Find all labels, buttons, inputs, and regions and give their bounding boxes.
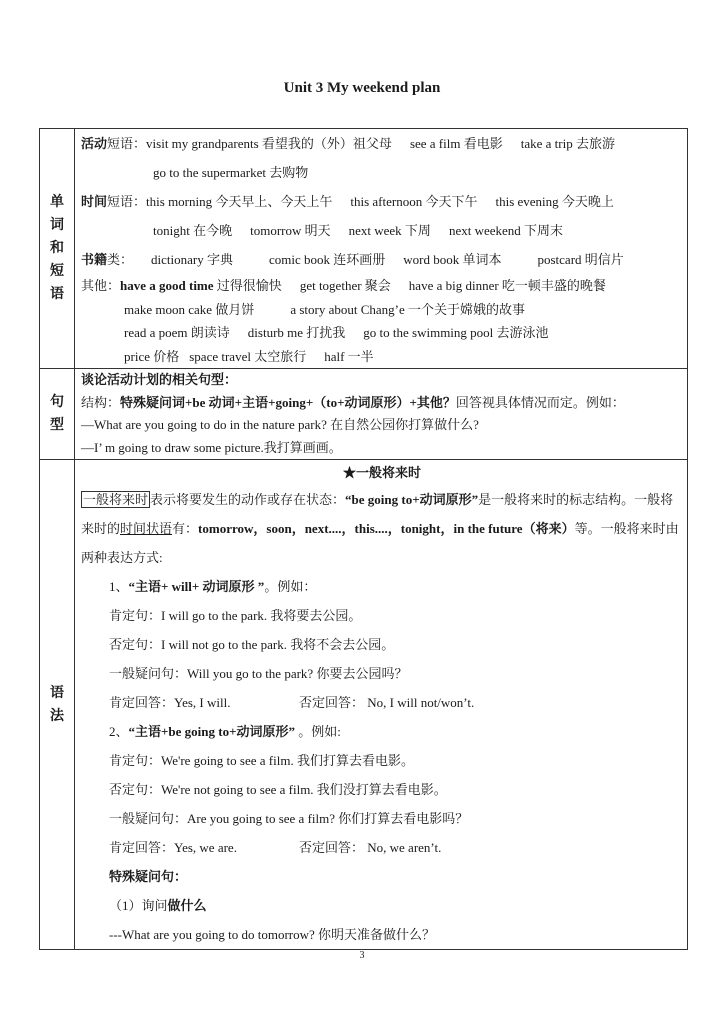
label-char: 句 — [40, 391, 74, 414]
time-adverbials: tomorrow，soon，next....，this....，tonight，… — [198, 521, 575, 536]
sub1-topic: 做什么 — [168, 898, 207, 913]
label-char: 短 — [40, 260, 74, 283]
page-number: 3 — [0, 950, 724, 961]
form-note: 。例如： — [264, 579, 316, 594]
time-line-2: tonight 在今晚tomorrow 明天next week 下周next w… — [81, 216, 683, 245]
phrase: next weekend 下周末 — [449, 223, 563, 238]
phrase: see a film 看电影 — [410, 136, 503, 151]
phrase: go to the swimming pool 去游泳池 — [363, 325, 548, 340]
phrase: postcard 明信片 — [537, 252, 623, 267]
form1-positive: 肯定句：I will go to the park. 我将要去公园。 — [81, 601, 683, 630]
phrase: this evening 今天晚上 — [495, 194, 613, 209]
label-char: 法 — [40, 705, 74, 728]
activity-prefix-rest: 短语： — [107, 136, 146, 151]
form1-question: 一般疑问句：Will you go to the park? 你要去公园吗？ — [81, 659, 683, 688]
label-char: 单 — [40, 191, 74, 214]
phrase: tonight 在今晚 — [153, 223, 232, 238]
others-prefix: 其他： — [81, 278, 120, 293]
books-line: 书籍类：dictionary 字典comic book 连环画册word boo… — [81, 245, 683, 274]
form-number: 2、 — [109, 724, 129, 739]
vocab-label: 单 词 和 短 语 — [40, 129, 75, 369]
no-answer: 否定回答： No, I will not/won’t. — [299, 695, 474, 710]
example-question: —What are you going to do in the nature … — [81, 414, 683, 437]
phrase: space travel 太空旅行 — [189, 349, 306, 364]
grammar-content: ★一般将来时 一般将来时表示将要发生的动作或存在状态：“be going to+… — [75, 460, 688, 950]
form1-heading: 1、“主语+ will+ 动词原形 ”。例如： — [81, 572, 683, 601]
label-char: 语 — [40, 283, 74, 306]
structure-line: 结构：特殊疑问词+be 动词+主语+going+（to+动词原形）+其他？回答视… — [81, 392, 683, 415]
label-char: 语 — [40, 682, 74, 705]
time-line: 时间短语：this morning 今天早上、今天上午this afternoo… — [81, 187, 683, 216]
phrase: comic book 连环画册 — [269, 252, 385, 267]
activity-line: 活动短语：visit my grandparents 看望我的（外）祖父母see… — [81, 129, 683, 158]
structure-note: 回答视具体情况而定。例如： — [456, 395, 625, 410]
underlined-term: 时间状语 — [120, 521, 172, 536]
sub1-prefix: （1）询问 — [109, 898, 168, 913]
phrase: read a poem 朗读诗 — [124, 325, 230, 340]
sentence-row: 句 型 谈论活动计划的相关句型： 结构：特殊疑问词+be 动词+主语+going… — [40, 369, 688, 460]
books-prefix-rest: 类： — [107, 252, 133, 267]
sentence-label: 句 型 — [40, 369, 75, 460]
grammar-heading: ★一般将来时 — [81, 460, 683, 485]
books-prefix: 书籍 — [81, 252, 107, 267]
others-line-2: make moon cake 做月饼a story about Chang’e … — [81, 298, 683, 322]
label-char: 词 — [40, 214, 74, 237]
form1-answers: 肯定回答：Yes, I will.否定回答： No, I will not/wo… — [81, 688, 683, 717]
phrase: take a trip 去旅游 — [521, 136, 615, 151]
sentence-heading: 谈论活动计划的相关句型： — [81, 369, 683, 392]
time-prefix: 时间 — [81, 194, 107, 209]
phrase: price 价格 — [124, 349, 179, 364]
grammar-row: 语 法 ★一般将来时 一般将来时表示将要发生的动作或存在状态：“be going… — [40, 460, 688, 950]
form2-answers: 肯定回答：Yes, we are.否定回答： No, we aren’t. — [81, 833, 683, 862]
sub1-heading: （1）询问做什么 — [81, 891, 683, 920]
phrase: make moon cake 做月饼 — [124, 302, 254, 317]
special-question-heading: 特殊疑问句： — [81, 862, 683, 891]
phrase: tomorrow 明天 — [250, 223, 331, 238]
phrase-translation: 过得很愉快 — [214, 278, 282, 293]
sub1-example: ---What are you going to do tomorrow? 你明… — [81, 920, 683, 949]
label-char: 和 — [40, 237, 74, 260]
structure-prefix: 结构： — [81, 395, 120, 410]
form-note: 。例如: — [295, 724, 341, 739]
yes-answer: 肯定回答：Yes, I will. — [109, 688, 299, 717]
form2-question: 一般疑问句：Are you going to see a film? 你们打算去… — [81, 804, 683, 833]
phrase: this afternoon 今天下午 — [350, 194, 477, 209]
lesson-table: 单 词 和 短 语 活动短语：visit my grandparents 看望我… — [39, 128, 688, 950]
form-number: 1、 — [109, 579, 129, 594]
sentence-content: 谈论活动计划的相关句型： 结构：特殊疑问词+be 动词+主语+going+（to… — [75, 369, 688, 460]
example-answer: —I’ m going to draw some picture.我打算画画。 — [81, 437, 683, 460]
phrase: half 一半 — [324, 349, 373, 364]
others-line: 其他：have a good time 过得很愉快get together 聚会… — [81, 274, 683, 298]
vocab-content: 活动短语：visit my grandparents 看望我的（外）祖父母see… — [75, 129, 688, 369]
grammar-label: 语 法 — [40, 460, 75, 950]
intro-text: 表示将要发生的动作或存在状态： — [150, 492, 345, 507]
activity-line-2: go to the supermarket 去购物 — [81, 158, 683, 187]
form2-heading: 2、“主语+be going to+动词原形” 。例如: — [81, 717, 683, 746]
no-answer: 否定回答： No, we aren’t. — [299, 840, 441, 855]
activity-prefix: 活动 — [81, 136, 107, 151]
label-char: 型 — [40, 414, 74, 437]
others-line-3: read a poem 朗读诗disturb me 打扰我go to the s… — [81, 321, 683, 345]
vocab-row: 单 词 和 短 语 活动短语：visit my grandparents 看望我… — [40, 129, 688, 369]
intro-text: 有： — [172, 521, 198, 536]
form2-negative: 否定句：We're not going to see a film. 我们没打算… — [81, 775, 683, 804]
others-line-4: price 价格space travel 太空旅行half 一半 — [81, 345, 683, 369]
phrase: disturb me 打扰我 — [248, 325, 346, 340]
phrase: this morning 今天早上、今天上午 — [146, 194, 332, 209]
form2-positive: 肯定句：We're going to see a film. 我们打算去看电影。 — [81, 746, 683, 775]
phrase: have a big dinner 吃一顿丰盛的晚餐 — [409, 278, 606, 293]
phrase-bold: have a good time — [120, 278, 214, 293]
grammar-intro: 一般将来时表示将要发生的动作或存在状态：“be going to+动词原形”是一… — [81, 485, 683, 572]
boxed-term: 一般将来时 — [81, 491, 150, 508]
yes-answer: 肯定回答：Yes, we are. — [109, 833, 299, 862]
phrase: next week 下周 — [349, 223, 431, 238]
form1-negative: 否定句：I will not go to the park. 我将不会去公园。 — [81, 630, 683, 659]
phrase: visit my grandparents 看望我的（外）祖父母 — [146, 136, 392, 151]
phrase: go to the supermarket 去购物 — [153, 165, 308, 180]
phrase: a story about Chang’e 一个关于嫦娥的故事 — [290, 302, 525, 317]
phrase: get together 聚会 — [300, 278, 391, 293]
phrase: word book 单词本 — [403, 252, 501, 267]
time-prefix-rest: 短语： — [107, 194, 146, 209]
document-title: Unit 3 My weekend plan — [0, 80, 724, 97]
form-formula: “主语+be going to+动词原形” — [129, 724, 296, 739]
phrase: dictionary 字典 — [151, 252, 233, 267]
structure-formula: 特殊疑问词+be 动词+主语+going+（to+动词原形）+其他？ — [120, 395, 456, 410]
intro-formula: “be going to+动词原形” — [345, 492, 478, 507]
form-formula: “主语+ will+ 动词原形 ” — [129, 579, 265, 594]
